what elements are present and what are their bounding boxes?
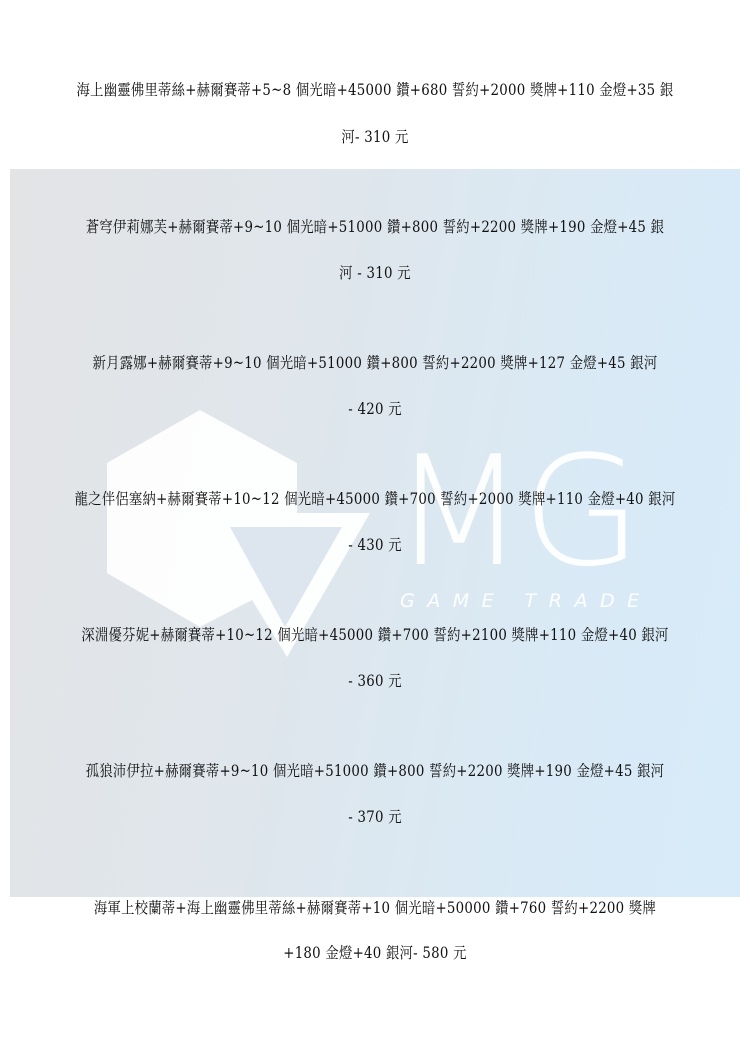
- listing-2-line-1: 蒼穹伊莉娜芙+赫爾賽蒂+9~10 個光暗+51000 鑽+800 誓約+2200…: [53, 217, 698, 237]
- listing-7-line-2: +180 金燈+40 銀河- 580 元: [53, 943, 698, 963]
- listing-1-line-2: 河- 310 元: [53, 127, 698, 147]
- watermark-brand: MG: [392, 436, 638, 588]
- listing-7-line-1: 海軍上校蘭蒂+海上幽靈佛里蒂絲+赫爾賽蒂+10 個光暗+50000 鑽+760 …: [53, 898, 698, 918]
- listing-6-line-1: 孤狼沛伊拉+赫爾賽蒂+9~10 個光暗+51000 鑽+800 誓約+2200 …: [53, 761, 698, 781]
- listing-3-line-1: 新月露娜+赫爾賽蒂+9~10 個光暗+51000 鑽+800 誓約+2200 獎…: [53, 353, 698, 373]
- listing-6-line-2: - 370 元: [53, 807, 698, 827]
- listing-5-line-2: - 360 元: [53, 671, 698, 691]
- listing-2-line-2: 河 - 310 元: [53, 263, 698, 283]
- listing-1-line-1: 海上幽靈佛里蒂絲+赫爾賽蒂+5~8 個光暗+45000 鑽+680 誓約+200…: [53, 80, 698, 100]
- listing-5-line-1: 深淵優芬妮+赫爾賽蒂+10~12 個光暗+45000 鑽+700 誓約+2100…: [53, 625, 698, 645]
- listing-4-line-1: 龍之伴侶塞納+赫爾賽蒂+10~12 個光暗+45000 鑽+700 誓約+200…: [53, 489, 698, 509]
- watermark-tagline: GAME TRADE: [400, 590, 650, 612]
- listing-3-line-2: - 420 元: [53, 399, 698, 419]
- listing-4-line-2: - 430 元: [53, 535, 698, 555]
